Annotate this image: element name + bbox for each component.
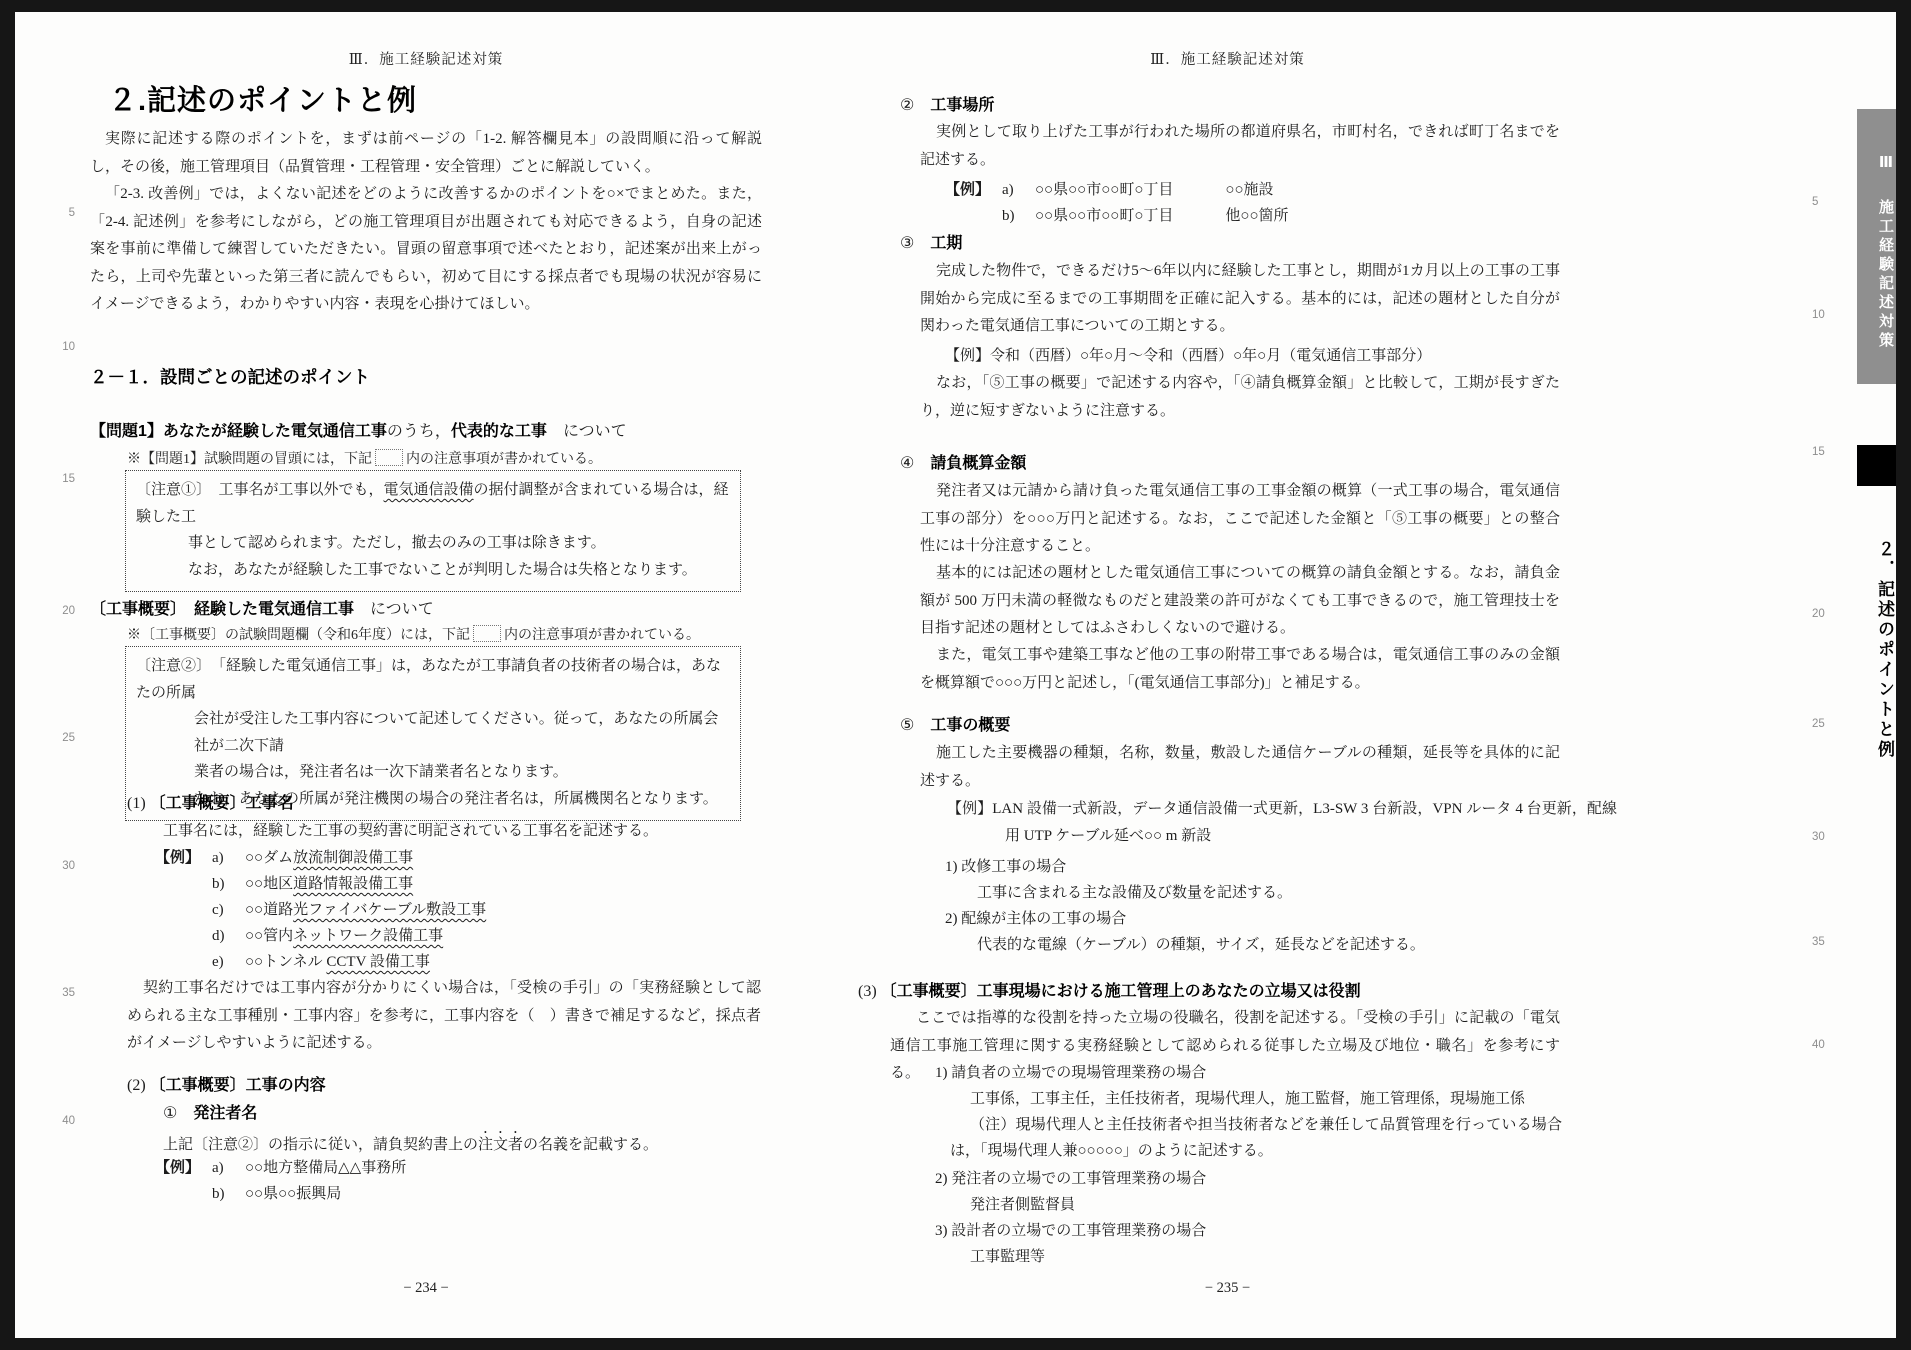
problem1-bold-1: 【問題1】あなたが経験した電気通信工事 xyxy=(90,423,387,440)
hatchusha-heading: ① 発注者名 xyxy=(163,1100,257,1123)
line-number: 15 xyxy=(1812,446,1825,458)
section-2-heading: ② 工事場所 xyxy=(900,92,994,115)
example-item: b)○○県○○振興局 xyxy=(155,1181,341,1207)
caution-1-box: 〔注意①〕 工事名が工事以外でも，電気通信設備の据付調整が含まれている場合は，経… xyxy=(125,470,741,592)
intro-paragraphs: 実際に記述する際のポイントを，まずは前ページの「1-2. 解答欄見本」の設問順に… xyxy=(90,126,762,319)
right-running-header: Ⅲ．施工経験記述対策 xyxy=(895,48,1560,69)
line-number: 20 xyxy=(1812,608,1825,620)
intro-paragraph-1: 実際に記述する際のポイントを，まずは前ページの「1-2. 解答欄見本」の設問順に… xyxy=(90,126,762,181)
section-4-paragraph-2: 基本的には記述の題材とした電気通信工事についての概算の請負金額とする。なお，請負… xyxy=(920,560,1560,643)
caution-2-line-2: 会社が受注した工事内容について記述してください。従って，あなたの所属会社が二次下… xyxy=(194,706,732,759)
section-4-paragraph-1: 発注者又は元請から請け負った電気通信工事の工事金額の概算（一式工事の場合，電気通… xyxy=(920,478,1560,561)
section-3-heading: ③ 工期 xyxy=(900,230,962,253)
section-3-example: 【例】令和（西暦）○年○月～令和（西暦）○年○月（電気通信工事部分） xyxy=(945,343,1431,369)
problem1-normal-1: のうち， xyxy=(387,423,451,440)
book-spread: Ⅲ．施工経験記述対策 5 10 15 20 25 30 35 40 ２.記述のポ… xyxy=(15,12,1896,1338)
emphasis-dotted-text: 注文者 xyxy=(478,1137,523,1153)
list-item: 1) 請負者の立場での現場管理業務の場合 xyxy=(935,1060,1206,1087)
section-index-block xyxy=(1857,445,1896,486)
example-label: 【例】 xyxy=(155,845,212,871)
list-item: 1) 改修工事の場合 xyxy=(945,854,1066,881)
list-item-body: 工事係，工事主任，主任技術者，現場代理人，施工監督，施工管理係，現場施工係 xyxy=(970,1086,1525,1113)
list-item-body: 発注者側監督員 xyxy=(970,1192,1075,1219)
problem1-normal-2: について xyxy=(547,423,627,440)
list-item: 2) 配線が主体の工事の場合 xyxy=(945,906,1126,933)
caution-2-line-3: 業者の場合は，発注者名は一次下請業者名となります。 xyxy=(194,759,732,786)
koji-gaiyo-note: ※〔工事概要〕の試験問題欄（令和6年度）には，下記内の注意事項が書かれている。 xyxy=(127,624,700,644)
section-3-body: 完成した物件で，できるだけ5～6年以内に経験した工事とし，期間が1カ月以上の工事… xyxy=(920,258,1560,341)
problem1-heading: 【問題1】あなたが経験した電気通信工事のうち，代表的な工事 について xyxy=(90,418,627,441)
list-item: 2) 発注者の立場での工事管理業務の場合 xyxy=(935,1166,1206,1193)
example-item: 【例】a)○○県○○市○○町○丁目○○施設 xyxy=(945,177,1274,203)
list-item-body: 工事監理等 xyxy=(970,1244,1045,1271)
example-item: b)○○県○○市○○町○丁目他○○箇所 xyxy=(945,203,1289,229)
left-running-header: Ⅲ．施工経験記述対策 xyxy=(90,48,762,69)
right-page-number: − 235 − xyxy=(895,1280,1560,1297)
line-number: 30 xyxy=(53,860,75,872)
example-item: b)○○地区道路情報設備工事 xyxy=(155,871,413,897)
list-item-body: 代表的な電線（ケーブル）の種類，サイズ，延長などを記述する。 xyxy=(977,932,1425,959)
subsection-2-heading: (2) 〔工事概要〕工事の内容 xyxy=(127,1072,326,1095)
section-4-heading: ④ 請負概算金額 xyxy=(900,450,1026,473)
section-5-body: 施工した主要機器の種類，名称，数量，敷設した通信ケーブルの種類，延長等を具体的に… xyxy=(920,740,1560,795)
wavy-underlined-text: 道路情報設備工事 xyxy=(293,876,413,892)
chapter-edge-tab-text: Ⅲ施工経験記述対策 xyxy=(1857,127,1896,377)
section-5-heading: ⑤ 工事の概要 xyxy=(900,712,1010,735)
list-item-note: （注）現場代理人と主任技術者や担当技術者などを兼任して品質管理を行っている場合は… xyxy=(950,1112,1562,1164)
line-number: 25 xyxy=(53,732,75,744)
line-number: 15 xyxy=(53,473,75,485)
problem1-note: ※【問題1】試験問題の冒頭には，下記内の注意事項が書かれている。 xyxy=(127,448,602,468)
wavy-underlined-text: 光ファイバケーブル敷設工事 xyxy=(293,902,486,918)
wavy-underlined-text: 放流制御設備工事 xyxy=(293,850,413,866)
example-item: 【例】a)○○ダム放流制御設備工事 xyxy=(155,845,413,871)
section-2-body: 実例として取り上げた工事が行われた場所の都道府県名，市町村名，できれば町丁名まで… xyxy=(920,119,1560,174)
chapter-number: Ⅲ xyxy=(1877,153,1894,177)
caution-1-line-2: 事として認められます。ただし，撤去のみの工事は除きます。 xyxy=(188,530,732,557)
example-item: e)○○トンネル CCTV 設備工事 xyxy=(155,949,430,975)
section-5-example: 【例】LAN 設備一式新設，データ通信設備一式更新，L3-SW 3 台新設，VP… xyxy=(947,796,1617,850)
section-edge-label: ２．記述のポイントと例 xyxy=(1855,500,1897,800)
subsection-3-heading: (3) 〔工事概要〕工事現場における施工管理上のあなたの立場又は役割 xyxy=(858,978,1361,1001)
example-item: c)○○道路光ファイバケーブル敷設工事 xyxy=(155,897,486,923)
wavy-underlined-text: CCTV 設備工事 xyxy=(326,954,429,970)
subsection-1-body: 工事名には，経験した工事の契約書に明記されている工事名を記述する。 xyxy=(163,818,658,845)
section-4-paragraph-3: また，電気工事や建築工事など他の工事の附帯工事である場合は，電気通信工事のみの金… xyxy=(920,642,1560,697)
caution-1-line-1: 〔注意①〕 工事名が工事以外でも，電気通信設備の据付調整が含まれている場合は，経… xyxy=(136,477,732,530)
line-number: 10 xyxy=(1812,309,1825,321)
line-number: 5 xyxy=(1812,196,1818,208)
page-title: ２.記述のポイントと例 xyxy=(108,78,417,119)
line-number: 35 xyxy=(53,987,75,999)
example-item: 【例】a)○○地方整備局△△事務所 xyxy=(155,1155,406,1181)
line-number: 25 xyxy=(1812,718,1825,730)
caution-2-line-1: 〔注意②〕 「経験した電気通信工事」は，あなたが工事請負者の技術者の場合は，あな… xyxy=(136,653,732,706)
caution-1-line-3: なお，あなたが経験した工事でないことが判明した場合は失格となります。 xyxy=(188,557,732,584)
line-number: 30 xyxy=(1812,831,1825,843)
line-number: 35 xyxy=(1812,936,1825,948)
section-2-1-heading: ２－１．設問ごとの記述のポイント xyxy=(90,364,370,389)
intro-paragraph-2: 「2-3. 改善例」では，よくない記述をどのように改善するかのポイントを○×でま… xyxy=(90,181,762,319)
line-number: 40 xyxy=(1812,1039,1825,1051)
left-page-number: − 234 − xyxy=(90,1280,762,1297)
chapter-edge-tab: Ⅲ施工経験記述対策 xyxy=(1857,109,1896,384)
wavy-underlined-text: ネットワーク設備工事 xyxy=(293,928,443,944)
line-number: 5 xyxy=(53,207,75,219)
line-number: 20 xyxy=(53,605,75,617)
section-3-note: なお，「⑤工事の概要」で記述する内容や，「④請負概算金額」と比較して，工期が長す… xyxy=(920,370,1560,425)
wavy-underlined-text: 電気通信設備 xyxy=(384,482,474,498)
problem1-bold-2: 代表的な工事 xyxy=(451,423,547,440)
subsection-1-paragraph: 契約工事名だけでは工事内容が分かりにくい場合は，「受検の手引」の「実務経験として… xyxy=(127,975,761,1058)
example-item: d)○○管内ネットワーク設備工事 xyxy=(155,923,443,949)
dotted-box-icon xyxy=(473,625,501,642)
dotted-box-icon xyxy=(375,449,403,466)
list-item: 3) 設計者の立場での工事管理業務の場合 xyxy=(935,1218,1206,1245)
line-number: 40 xyxy=(53,1115,75,1127)
chapter-label: 施工経験記述対策 xyxy=(1877,199,1894,351)
subsection-1-heading: (1) 〔工事概要〕工事名 xyxy=(127,790,294,813)
list-item-body: 工事に含まれる主な設備及び数量を記述する。 xyxy=(977,880,1292,907)
line-number: 10 xyxy=(53,341,75,353)
koji-gaiyo-heading: 〔工事概要〕 経験した電気通信工事 について xyxy=(90,596,434,619)
